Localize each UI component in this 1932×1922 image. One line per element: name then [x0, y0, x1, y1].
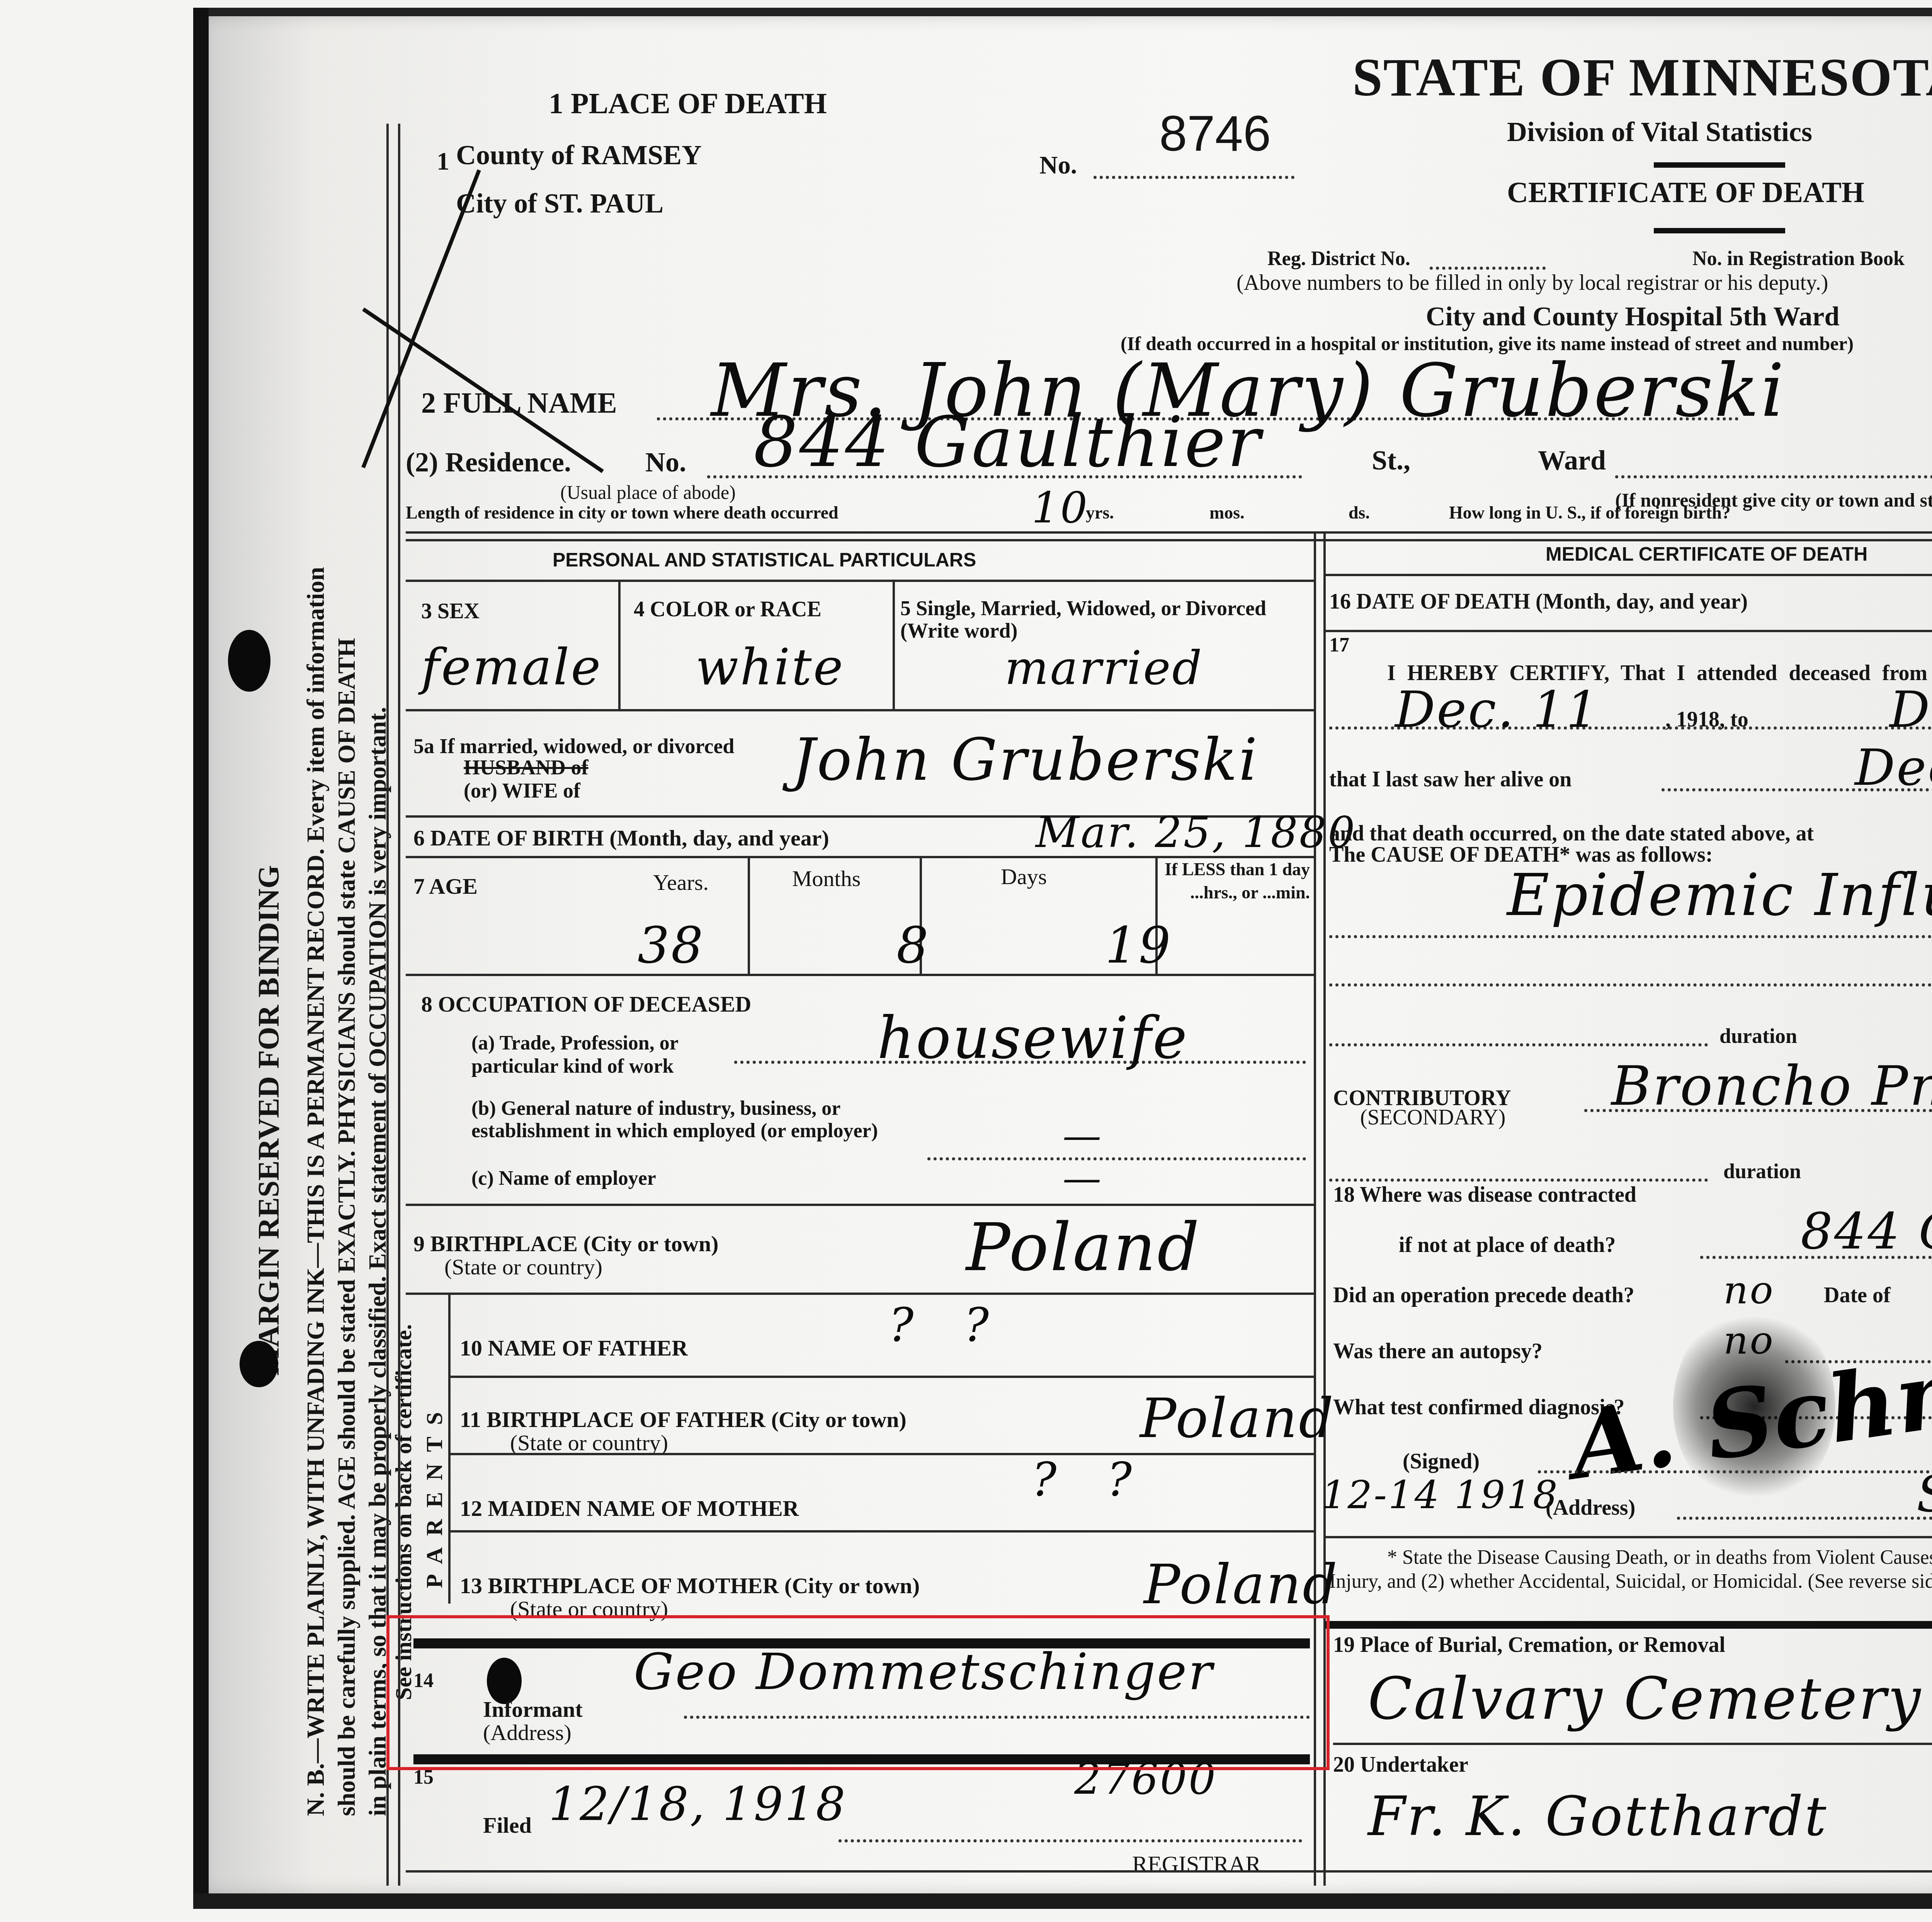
- length-residence-label: Length of residence in city or town wher…: [406, 502, 838, 523]
- ward-dots: [1615, 475, 1932, 478]
- scan-edge-left: [193, 8, 209, 1901]
- row-rule: [1325, 574, 1932, 576]
- occupation-c-value: —: [1063, 1155, 1103, 1201]
- informant-highlight-box: [386, 1615, 1330, 1770]
- street-label: St.,: [1372, 444, 1410, 476]
- row-rule: [406, 1204, 1314, 1206]
- dob-label: 6 DATE OF BIRTH (Month, day, and year): [413, 825, 829, 851]
- burial-place-value: Calvary Cemetery: [1368, 1665, 1922, 1733]
- scan-edge-top: [193, 8, 1932, 16]
- parents-side-label: PARENTS: [421, 1400, 448, 1588]
- spouse-label-2: HUSBAND of: [464, 755, 588, 779]
- residence-label: (2) Residence.: [406, 446, 571, 478]
- contributory-sub: (SECONDARY): [1360, 1105, 1505, 1130]
- sex-value: female: [421, 638, 602, 696]
- abode-note: (Usual place of abode): [560, 481, 736, 503]
- father-birthplace-sub: (State or country): [510, 1430, 668, 1456]
- cause-dots: [1329, 935, 1932, 938]
- title-divider: [1654, 162, 1785, 168]
- dob-value: Mar. 25, 1880: [1036, 808, 1357, 857]
- certificate-number: 8746: [1159, 104, 1271, 162]
- row-rule: [448, 1376, 1314, 1378]
- signed-date: 12-14 1918: [1321, 1472, 1559, 1517]
- section-number: 1: [437, 147, 449, 176]
- parents-divider: [448, 1294, 451, 1604]
- father-birthplace-value: Poland: [1140, 1387, 1335, 1450]
- physician-address-dots: [1677, 1517, 1932, 1520]
- row-rule: [406, 1293, 1314, 1295]
- operation-date-label: Date of: [1824, 1283, 1891, 1308]
- operation-label: Did an operation precede death?: [1333, 1283, 1634, 1308]
- ds-label: ds.: [1349, 502, 1370, 523]
- row-rule: [1333, 1743, 1932, 1745]
- spouse-label-3: (or) WIFE of: [464, 779, 580, 803]
- row-rule: [406, 974, 1314, 976]
- registrar-label: REGISTRAR: [1132, 1851, 1261, 1878]
- section-rule: [406, 531, 1932, 534]
- row-rule: [406, 709, 1314, 711]
- filed-label: Filed: [483, 1812, 532, 1838]
- duration-dots: [1329, 1179, 1708, 1182]
- state-title: STATE OF MINNESOTA: [1352, 46, 1932, 109]
- spouse-label-1: 5a If married, widowed, or divorced: [413, 734, 734, 758]
- registrar-note: (Above numbers to be filled in only by l…: [1236, 270, 1828, 295]
- physician-address-label: (Address): [1546, 1495, 1635, 1520]
- foreign-birth-label: How long in U. S., if of foreign birth?: [1449, 502, 1731, 523]
- number-dotted-line: [1094, 176, 1294, 179]
- physician-address-value: St. Paul: [1917, 1464, 1932, 1523]
- duration-dots: [1329, 1043, 1708, 1046]
- burial-rule-top: [1325, 1621, 1932, 1629]
- cause-dots: [1329, 983, 1932, 987]
- age-years-label: Years.: [653, 869, 709, 895]
- mother-birthplace-value: Poland: [1144, 1553, 1339, 1616]
- hospital-name: City and County Hospital 5th Ward: [1426, 301, 1839, 332]
- attended-to: Dec. 14: [1889, 680, 1932, 739]
- mother-name-label: 12 MAIDEN NAME OF MOTHER: [460, 1495, 799, 1521]
- undertaker-value: Fr. K. Gotthardt: [1368, 1785, 1828, 1848]
- county-label: County of RAMSEY: [456, 139, 702, 171]
- certificate-number-label: No.: [1039, 151, 1077, 180]
- item-17-number: 17: [1329, 634, 1349, 657]
- age-years: 38: [638, 916, 704, 975]
- occupation-b-label: (b) General nature of industry, business…: [471, 1097, 916, 1142]
- binding-hole-icon: [240, 1341, 278, 1387]
- margin-notice-line-2: should be carefully supplied. AGE should…: [332, 638, 361, 1816]
- date-of-death-label: 16 DATE OF DEATH (Month, day, and year): [1329, 589, 1748, 614]
- division-title: Division of Vital Statistics: [1507, 116, 1812, 148]
- attended-from-year: , 1918, to: [1665, 707, 1748, 732]
- occupation-b-dots: [927, 1157, 1306, 1160]
- section-rule: [406, 539, 1932, 541]
- age-days: 19: [1105, 916, 1172, 975]
- age-less-than-day-label: If LESS than 1 day ...hrs., or ...min.: [1159, 858, 1310, 904]
- signed-label: (Signed): [1403, 1449, 1480, 1474]
- marital-label: 5 Single, Married, Widowed, or Divorced …: [900, 597, 1310, 642]
- sex-label: 3 SEX: [421, 599, 480, 624]
- row-rule: [1325, 1536, 1932, 1538]
- residence-no-label: No.: [645, 446, 686, 478]
- occupation-a-value: housewife: [877, 1005, 1189, 1072]
- cause-footnote: * State the Disease Causing Death, or in…: [1329, 1546, 1932, 1594]
- spouse-value: John Gruberski: [792, 726, 1259, 794]
- cause-value: Epidemic Influenza: [1507, 862, 1932, 929]
- burial-place-label: 19 Place of Burial, Cremation, or Remova…: [1333, 1633, 1725, 1657]
- signed-dots: [1538, 1470, 1932, 1473]
- mother-name-value: ? ?: [1032, 1453, 1133, 1507]
- race-value: white: [696, 638, 845, 696]
- age-days-label: Days: [1001, 864, 1047, 890]
- cell-divider: [618, 582, 621, 709]
- bottom-rule: [406, 1870, 1932, 1873]
- contracted-label: 18 Where was disease contracted: [1333, 1182, 1636, 1207]
- age-months-label: Months: [792, 866, 861, 891]
- medical-section-title: MEDICAL CERTIFICATE OF DEATH: [1546, 543, 1867, 565]
- row-rule: [406, 580, 1314, 582]
- mos-label: mos.: [1209, 502, 1245, 523]
- row-rule: [448, 1453, 1314, 1455]
- yrs-label: yrs.: [1086, 502, 1114, 523]
- race-label: 4 COLOR or RACE: [634, 597, 821, 622]
- length-residence-years: 10: [1032, 483, 1089, 532]
- last-saw-value: Dec. 14: [1855, 738, 1932, 797]
- occupation-a-label: (a) Trade, Profession, or particular kin…: [471, 1032, 719, 1078]
- place-of-death-heading: 1 PLACE OF DEATH: [549, 87, 827, 121]
- contracted-sub: if not at place of death?: [1399, 1233, 1616, 1257]
- father-name-label: 10 NAME OF FATHER: [460, 1335, 688, 1361]
- margin-notice-line-1: N. B.—WRITE PLAINLY, WITH UNFADING INK—T…: [301, 567, 330, 1816]
- registrar-dots: [838, 1839, 1302, 1842]
- father-birthplace-label: 11 BIRTHPLACE OF FATHER (City or town): [460, 1407, 906, 1432]
- certificate-title: CERTIFICATE OF DEATH: [1507, 176, 1864, 209]
- operation-value: no: [1723, 1267, 1775, 1313]
- residence-value: 844 Gaulthier: [753, 402, 1262, 483]
- mother-birthplace-label: 13 BIRTHPLACE OF MOTHER (City or town): [460, 1573, 920, 1599]
- father-name-value: ? ?: [889, 1298, 990, 1352]
- birthplace-label: 9 BIRTHPLACE (City or town): [413, 1231, 719, 1257]
- binding-hole-icon: [228, 630, 270, 692]
- reg-district-dots: [1430, 267, 1546, 270]
- last-saw-label: that I last saw her alive on: [1329, 767, 1571, 792]
- scan-edge-bottom: [193, 1893, 1932, 1909]
- marital-value: married: [1005, 641, 1203, 695]
- occupation-b-value: —: [1063, 1113, 1103, 1158]
- city-label: City of ST. PAUL: [456, 187, 663, 219]
- undertaker-label: 20 Undertaker: [1333, 1752, 1468, 1777]
- cell-divider: [893, 582, 895, 709]
- birthplace-value: Poland: [966, 1209, 1201, 1286]
- title-divider: [1654, 228, 1785, 233]
- full-name-label: 2 FULL NAME: [421, 386, 617, 420]
- cell-divider: [748, 858, 750, 974]
- row-rule: [1325, 630, 1932, 632]
- margin-binding-text: MARGIN RESERVED FOR BINDING: [251, 865, 286, 1376]
- row-rule: [448, 1530, 1314, 1532]
- age-label: 7 AGE: [413, 873, 478, 899]
- occupation-c-label: (c) Name of employer: [471, 1167, 656, 1190]
- autopsy-label: Was there an autopsy?: [1333, 1339, 1543, 1364]
- contracted-value: 844 Gaulthier: [1801, 1202, 1932, 1260]
- duration-label: duration: [1719, 1024, 1797, 1048]
- filed-date: 12/18, 1918: [549, 1777, 847, 1831]
- contributory-value: Broncho Pneumonia: [1611, 1055, 1932, 1118]
- personal-section-title: PERSONAL AND STATISTICAL PARTICULARS: [553, 549, 976, 571]
- age-months: 8: [896, 916, 930, 975]
- reg-book-label: No. in Registration Book: [1692, 247, 1905, 270]
- duration-label: duration: [1723, 1159, 1801, 1183]
- ward-label: Ward: [1538, 444, 1606, 476]
- occupation-label: 8 OCCUPATION OF DECEASED: [421, 991, 751, 1017]
- attended-from: Dec. 11: [1395, 680, 1600, 739]
- birthplace-sub: (State or country): [444, 1254, 602, 1280]
- reg-district-label: Reg. District No.: [1267, 247, 1410, 270]
